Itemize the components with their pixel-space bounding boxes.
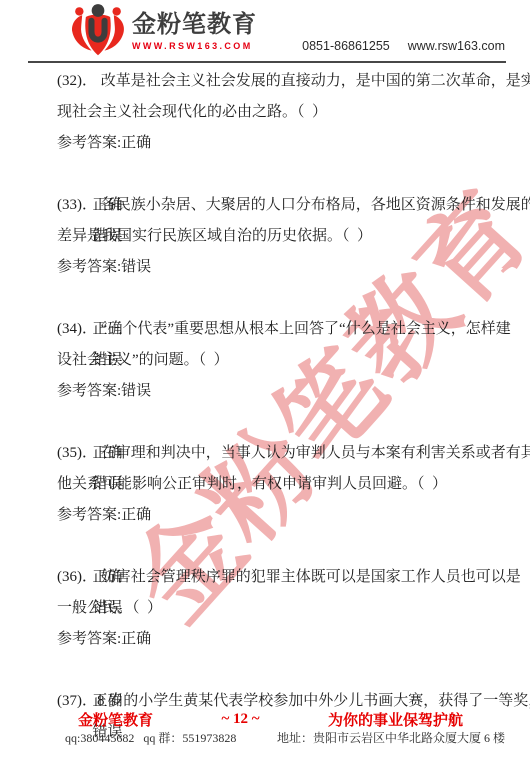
reference-answer: 参考答案:正确 [57, 500, 505, 531]
header-website: www.rsw163.com [408, 39, 505, 53]
footer-page-number: ~ 12 ~ [221, 711, 259, 728]
footer-slogan: 为你的事业保驾护航 [328, 709, 463, 730]
reference-answer: 参考答案:错误 [57, 252, 505, 283]
answer-options: 正确 错误 [57, 531, 505, 562]
reference-answer: 参考答案:正确 [57, 128, 505, 159]
question-text-line: 差异是我国实行民族区域自治的历史依据。（ ） [57, 221, 505, 252]
question-list: (32)． 改革是社会主义社会发展的直接动力，是中国的第二次革命，是实 现社会主… [57, 66, 505, 717]
footer-banner: 金粉笔教育 ~ 12 ~ 为你的事业保驾护航 [30, 710, 505, 729]
question-text-line: 现社会主义社会现代化的必由之路。（ ） [57, 97, 505, 128]
question-text-line: (33)． 各民族小杂居、大聚居的人口分布格局，各地区资源条件和发展的 [57, 190, 505, 221]
question-text-line: 他关系可能影响公正审判时，有权申请审判人员回避。（ ） [57, 469, 505, 500]
answer-options: 正确 错误 [57, 283, 505, 314]
question-text-line: (35)． 在审理和判决中，当事人认为审判人员与本案有利害关系或者有其 [57, 438, 505, 469]
footer-brand: 金粉笔教育 [78, 709, 153, 730]
page-header: 金粉笔教育 WWW.RSW163.COM 0851-86861255 www.r… [0, 0, 530, 63]
question-text-line: (36)． 妨害社会管理秩序罪的犯罪主体既可以是国家工作人员也可以是 [57, 562, 505, 593]
question-35: (35)． 在审理和判决中，当事人认为审判人员与本案有利害关系或者有其 他关系可… [57, 438, 505, 562]
question-32: (32)． 改革是社会主义社会发展的直接动力，是中国的第二次革命，是实 现社会主… [57, 66, 505, 190]
header-phone: 0851-86861255 [302, 39, 390, 53]
brand-logo: 金粉笔教育 WWW.RSW163.COM [70, 3, 257, 59]
question-text-line: (32)． 改革是社会主义社会发展的直接动力，是中国的第二次革命，是实 [57, 66, 505, 97]
question-text-line: 一般公民。（ ） [57, 593, 505, 624]
footer-address: 地址：贵阳市云岩区中华北路众厦大厦 6 楼 [277, 729, 505, 746]
reference-answer: 参考答案:正确 [57, 624, 505, 655]
question-36: (36)． 妨害社会管理秩序罪的犯罪主体既可以是国家工作人员也可以是 一般公民。… [57, 562, 505, 686]
answer-options: 正确 错误 [57, 159, 505, 190]
answer-options: 正确 错误 [57, 655, 505, 686]
question-text-line: 设社会主义”的问题。（ ） [57, 345, 505, 376]
brand-site-url: WWW.RSW163.COM [132, 41, 257, 51]
reference-answer: 参考答案:错误 [57, 376, 505, 407]
question-33: (33)． 各民族小杂居、大聚居的人口分布格局，各地区资源条件和发展的 差异是我… [57, 190, 505, 314]
question-34: (34)． “三个代表”重要思想从根本上回答了“什么是社会主义，怎样建 设社会主… [57, 314, 505, 438]
answer-options: 正确 错误 [57, 407, 505, 438]
brand-name: 金粉笔教育 [132, 12, 257, 38]
footer-contact: qq:380445682 qq 群：551973828 地址：贵阳市云岩区中华北… [30, 729, 505, 746]
question-text-line: (34)． “三个代表”重要思想从根本上回答了“什么是社会主义，怎样建 [57, 314, 505, 345]
brand-logo-icon [70, 3, 126, 59]
header-divider [28, 61, 506, 63]
footer-qq: qq:380445682 qq 群：551973828 [65, 729, 236, 746]
